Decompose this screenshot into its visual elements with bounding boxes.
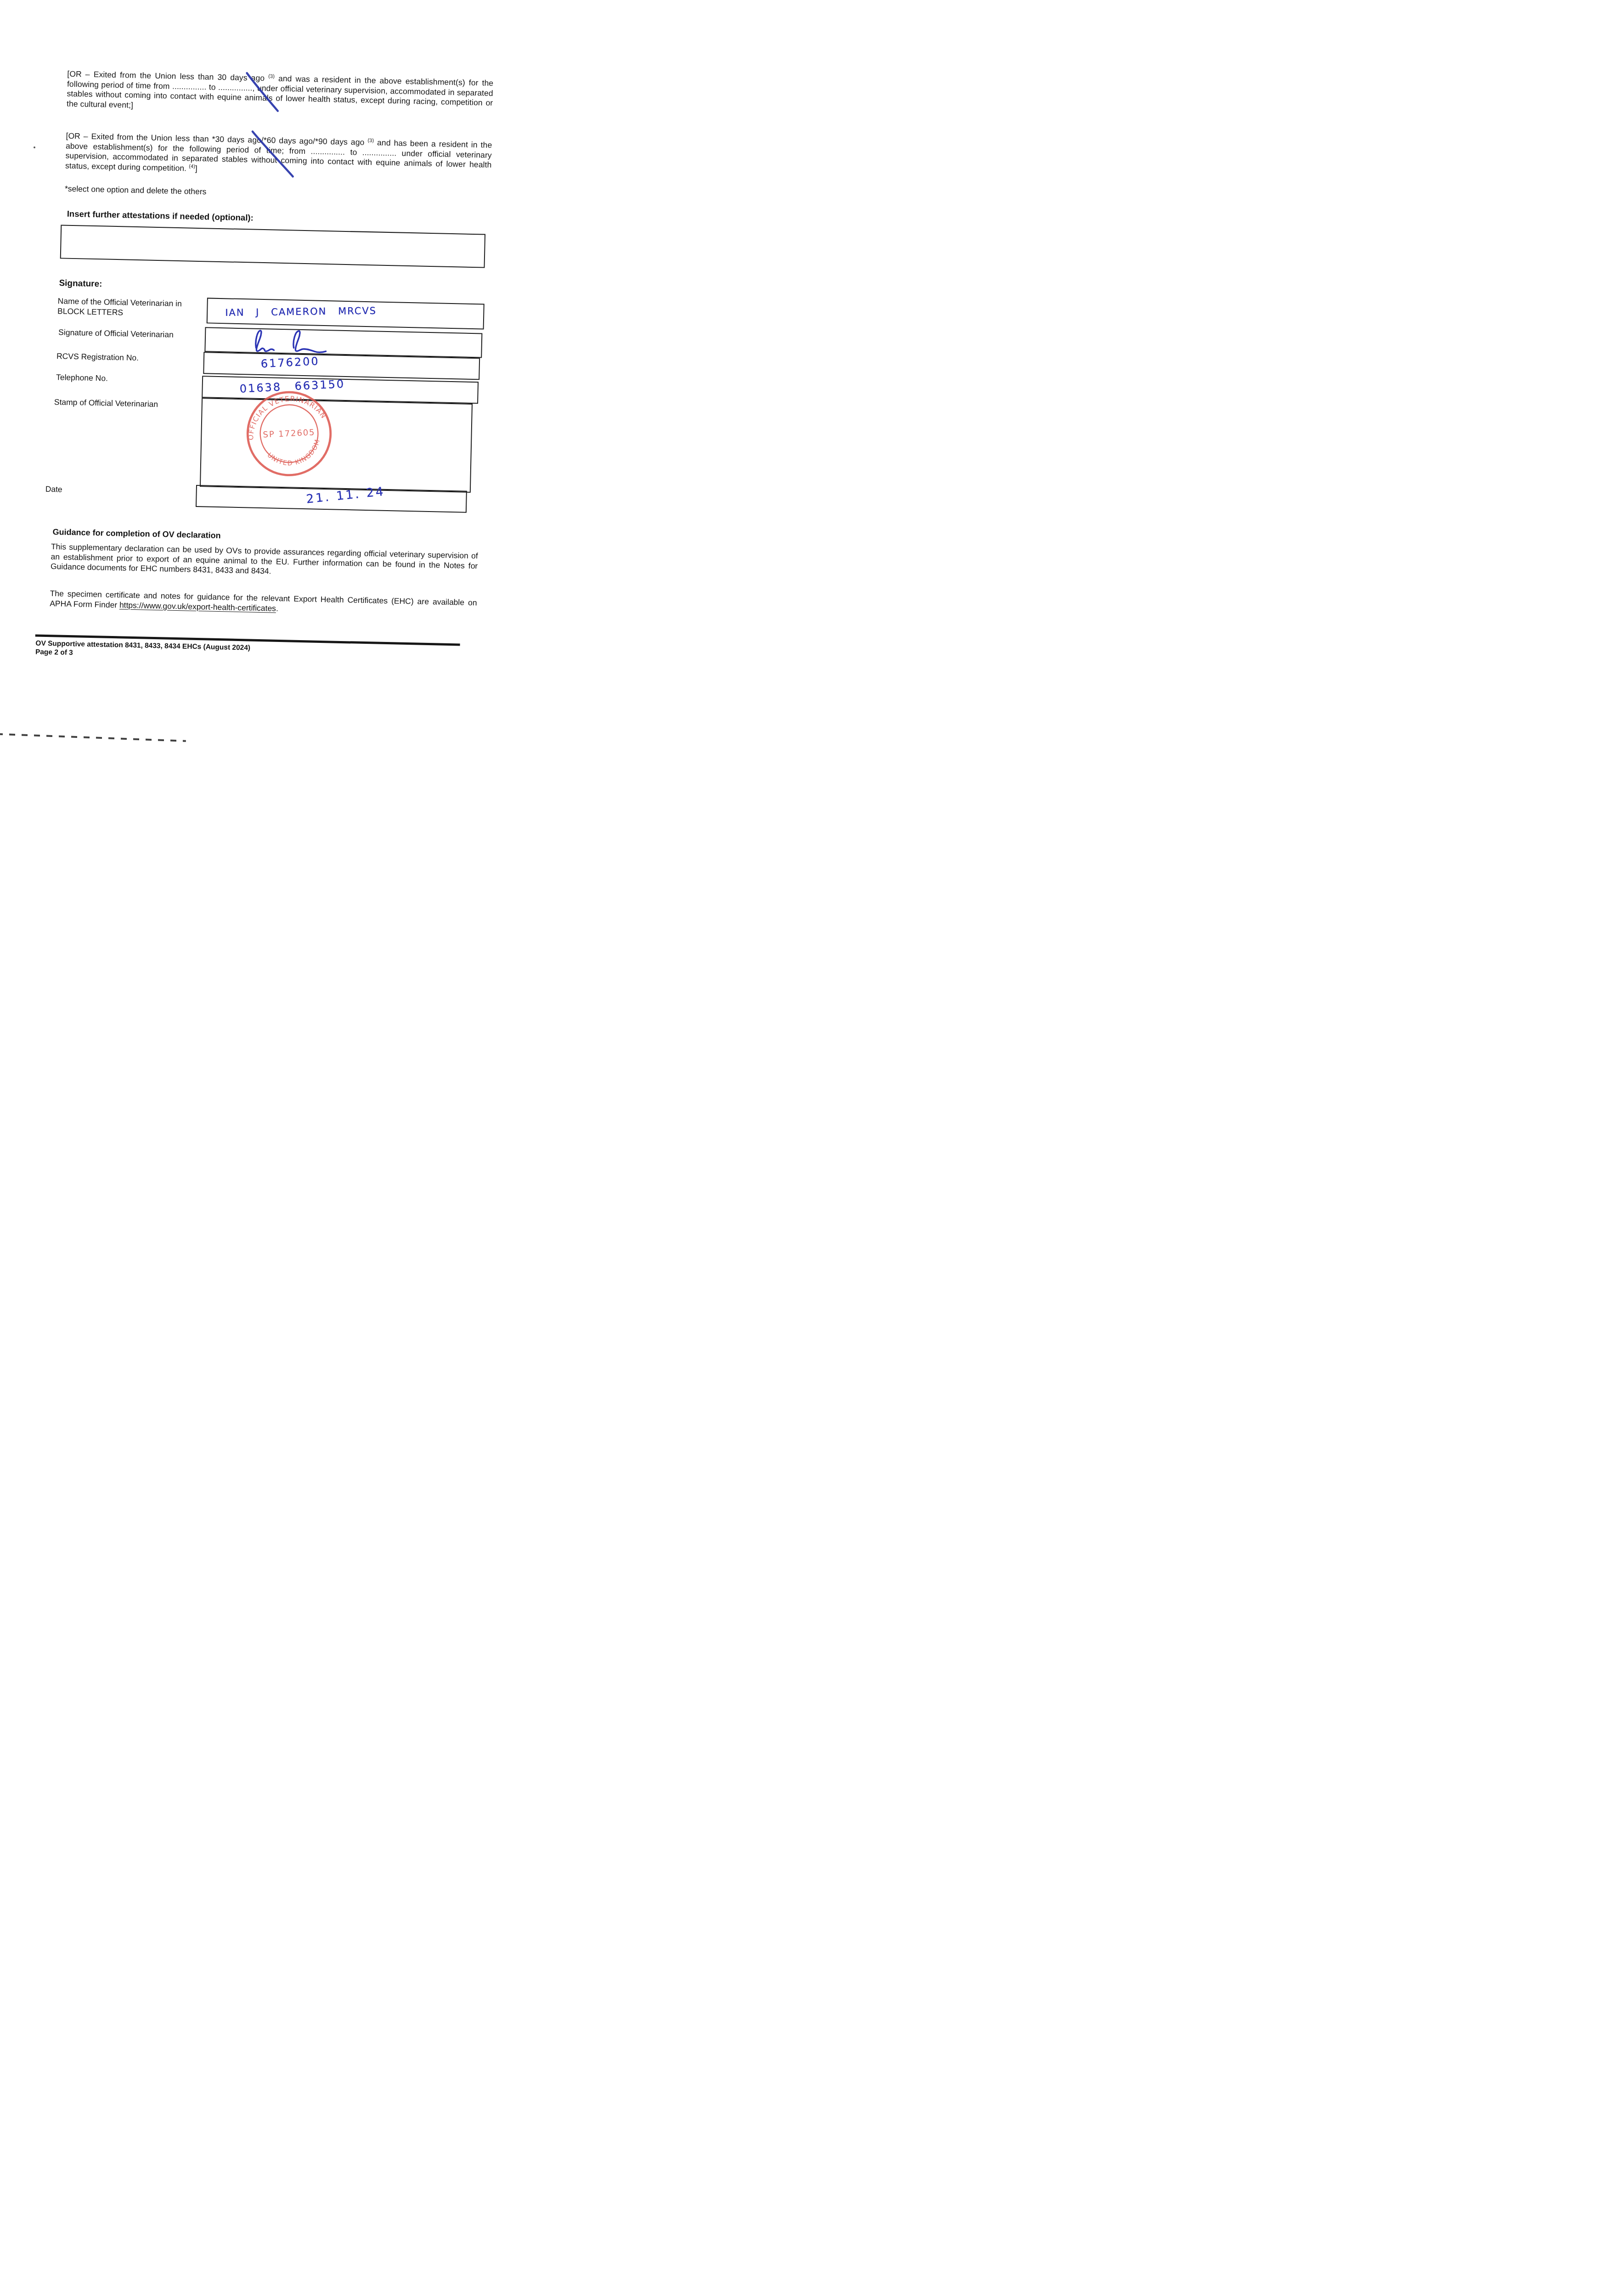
stamp-field-box — [200, 398, 473, 493]
signature-section-heading: Signature: — [59, 278, 102, 289]
signature-label: Signature of Official Veterinarian — [58, 327, 210, 340]
name-handwritten-value: IAN J CAMERON MRCVS — [225, 305, 377, 318]
scan-skew-wrapper: [OR – Exited from the Union less than 30… — [0, 0, 541, 765]
rcvs-label: RCVS Registration No. — [56, 351, 208, 364]
pen-strike-2 — [252, 131, 294, 176]
signature-ink — [249, 327, 351, 355]
signature-stroke-2 — [293, 331, 327, 352]
official-stamp: OFFICIAL VETERINARIAN UNITED KINGDOM SP … — [244, 389, 333, 478]
stamp-center-text: SP 172605 — [263, 428, 316, 439]
scanned-page: [OR – Exited from the Union less than 30… — [0, 0, 541, 765]
pen-strike-1 — [246, 73, 279, 111]
name-label: Name of the Official Veterinarian in BLO… — [57, 296, 209, 319]
stamp-label: Stamp of Official Veterinarian — [54, 397, 206, 410]
specimen-paragraph: The specimen certificate and notes for g… — [50, 589, 477, 618]
date-label: Date — [45, 484, 197, 497]
specimen-text-b: . — [276, 603, 278, 613]
telephone-label: Telephone No. — [56, 372, 208, 385]
stamp-bottom-text: UNITED KINGDOM — [265, 437, 327, 474]
stamp-bottom-arc-text: UNITED KINGDOM — [265, 437, 327, 474]
signature-stroke-1 — [256, 331, 275, 352]
scan-dot-artifact — [34, 146, 35, 148]
scan-artifact-dashes — [0, 733, 186, 742]
guidance-heading: Guidance for completion of OV declaratio… — [52, 527, 220, 540]
guidance-paragraph: This supplementary declaration can be us… — [51, 542, 478, 581]
